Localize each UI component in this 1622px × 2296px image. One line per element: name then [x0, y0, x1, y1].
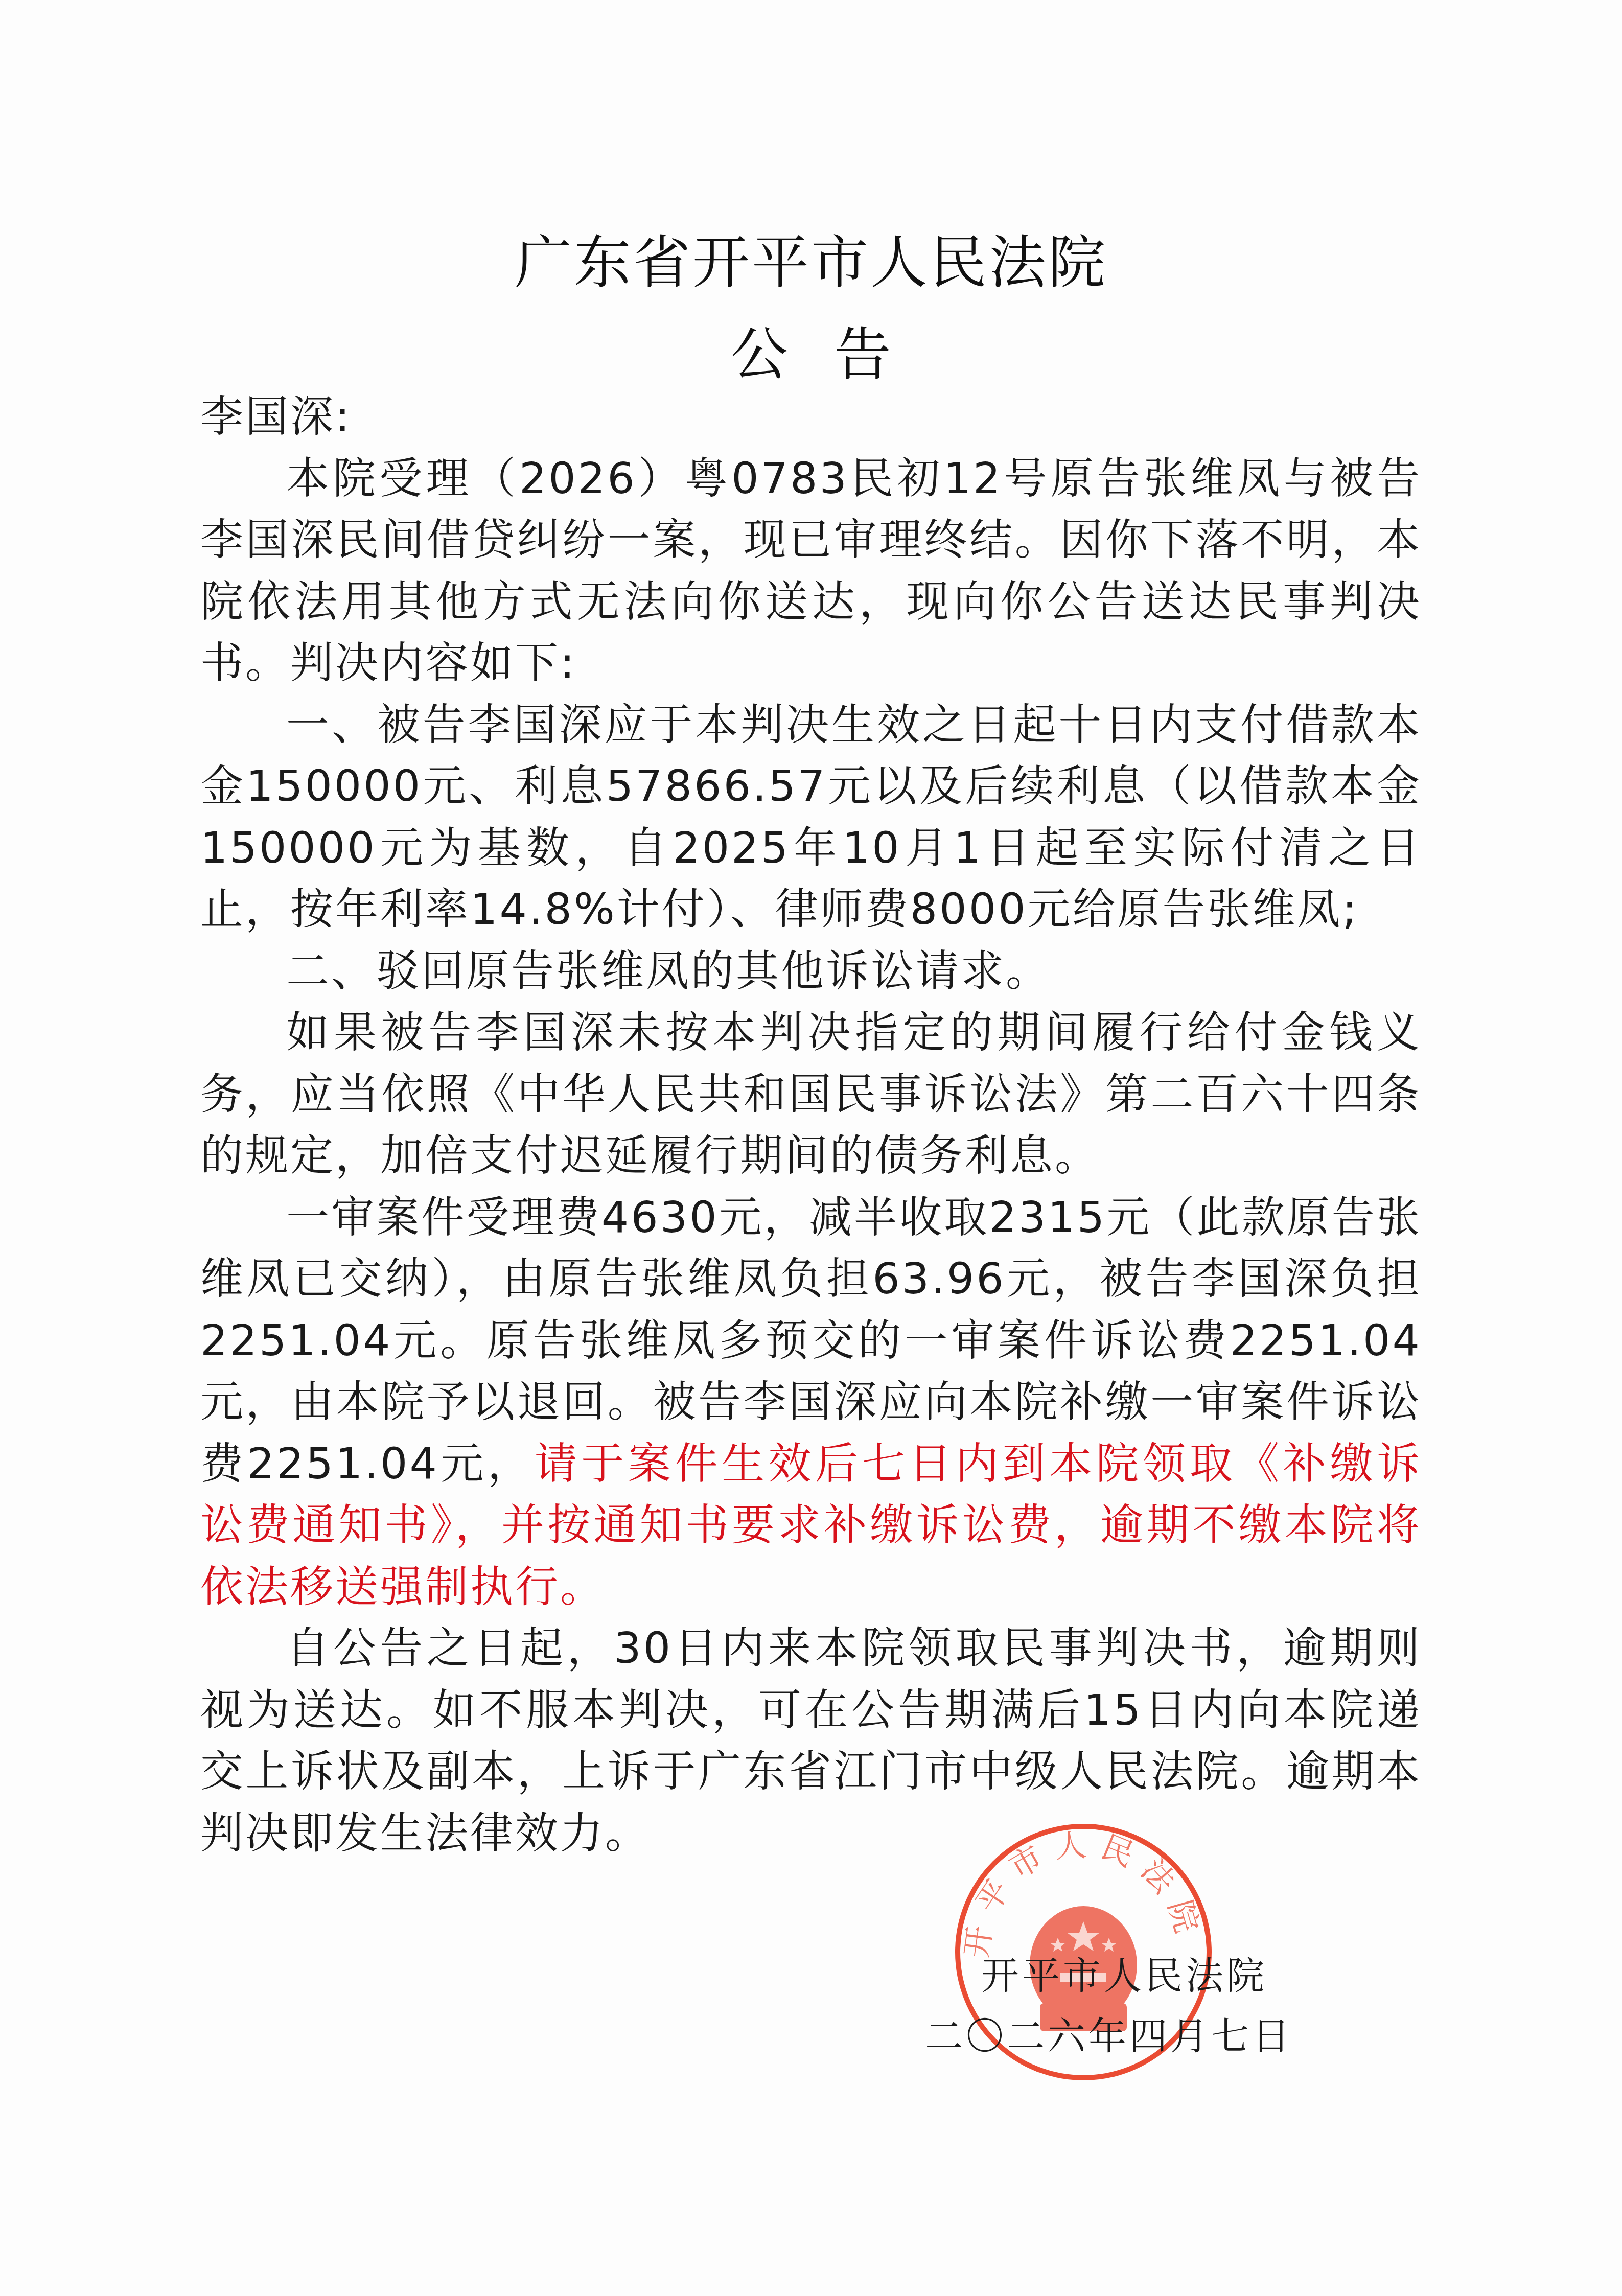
notice-body: 李国深: 本院受理（2026）粤0783民初12号原告张维凤与被告李国深民间借贷… — [200, 386, 1422, 1864]
paragraph-court-fees: 一审案件受理费4630元，减半收取2315元（此款原告张维凤已交纳），由原告张维… — [200, 1187, 1422, 1618]
document-page: 广东省开平市人民法院 公告 李国深: 本院受理（2026）粤0783民初12号原… — [0, 0, 1622, 2296]
addressee: 李国深: — [200, 386, 1422, 448]
paragraph-late-interest: 如果被告李国深未按本判决指定的期间履行给付金钱义务，应当依照《中华人民共和国民事… — [200, 1002, 1422, 1187]
notice-title: 公告 — [0, 309, 1622, 391]
court-title: 广东省开平市人民法院 — [0, 217, 1622, 299]
paragraph-judgment-item-2: 二、驳回原告张维凤的其他诉讼请求。 — [200, 940, 1422, 1002]
paragraph-case-intro: 本院受理（2026）粤0783民初12号原告张维凤与被告李国深民间借贷纠纷一案，… — [200, 448, 1422, 694]
signature-court-name: 开平市人民法院 — [981, 1946, 1267, 2000]
paragraph-judgment-item-1: 一、被告李国深应于本判决生效之日起十日内支付借款本金150000元、利息5786… — [200, 694, 1422, 940]
signature-date: 二〇二六年四月七日 — [925, 2006, 1293, 2060]
paragraph-appeal-info: 自公告之日起，30日内来本院领取民事判决书，逾期则视为送达。如不服本判决，可在公… — [200, 1617, 1422, 1864]
